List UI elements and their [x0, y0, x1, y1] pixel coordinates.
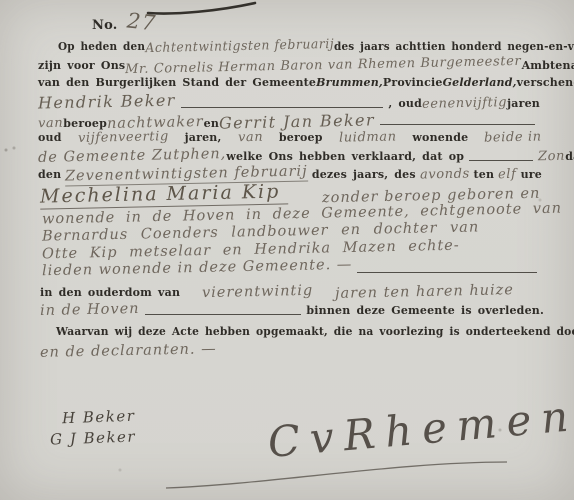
line-declarants-note: en de declaranten. —: [40, 343, 260, 360]
printed-text: Waarvan wij deze Acte hebben opgemaakt, …: [56, 325, 574, 338]
printed-text: Ambtenaar: [522, 59, 574, 72]
act-number-line: No. 27: [92, 10, 172, 27]
line-declarants-residence: de Gemeente Zutphen, welke Ons hebben ve…: [38, 148, 542, 165]
signature-flourish: [162, 448, 512, 492]
line-death-datetime: den Zevenentwintigsten februarij dezes j…: [38, 166, 542, 183]
handwritten-declarant1-age: eenenvijftig: [422, 95, 507, 112]
handwritten-text: jaren ten haren huize: [335, 282, 514, 302]
handwritten-text: en de declaranten. —: [40, 341, 217, 361]
printed-text: Op heden den: [58, 40, 145, 53]
line-authority: van den Burgerlijken Stand der Gemeente …: [38, 76, 542, 93]
line-closing-clause: Waarvan wij deze Acte hebben opgemaakt, …: [56, 325, 529, 342]
printed-municipality-name: Brummen,: [316, 76, 383, 89]
blank-rule: [357, 272, 537, 273]
blank-rule: [469, 160, 533, 161]
printed-text: ure: [521, 168, 542, 181]
printed-text: zijn voor Ons: [38, 59, 125, 72]
printed-text: ten: [474, 168, 495, 181]
handwritten-residence: de Gemeente Zutphen,: [38, 146, 227, 166]
handwritten-declarant2-occupation: luidman: [339, 129, 397, 145]
printed-text: Provincie: [383, 76, 443, 89]
handwritten-registrar-name: Mr. Cornelis Herman Baron van Rhemen Bur…: [125, 54, 521, 77]
line-parents: Otte Kip metselaar en Hendrika Mazen ech…: [42, 242, 514, 259]
handwritten-text: beide in: [484, 129, 542, 145]
line-parents-residence: lieden wonende in deze Gemeente. —: [42, 260, 542, 277]
printed-province-name: Gelderland,: [443, 76, 517, 89]
printed-text: binnen deze Gemeente is overleden.: [306, 304, 544, 317]
handwritten-text: van: [38, 116, 64, 132]
printed-text: dezes jaars, des: [312, 168, 416, 181]
printed-text: dag: [565, 150, 574, 163]
handwritten-time-of-day: avonds: [420, 166, 470, 182]
handwritten-age-at-death: vierentwintig: [202, 283, 314, 301]
act-number-label: No.: [92, 18, 117, 33]
printed-text: beroep: [279, 131, 323, 144]
printed-text: , oud: [388, 97, 422, 110]
line-registrar: zijn voor Ons Mr. Cornelis Herman Baron …: [38, 58, 542, 75]
printed-text: jaren: [507, 97, 540, 110]
blank-rule: [145, 314, 302, 315]
blank-rule: [181, 107, 384, 108]
printed-text: jaren,: [185, 131, 222, 144]
handwritten-declarant1-name: Hendrik Beker: [38, 91, 176, 113]
printed-text: verschenen:: [517, 76, 574, 89]
signature-declarant-2: G J Beker: [50, 428, 137, 449]
blank-rule: [380, 124, 535, 125]
handwritten-text: van: [237, 130, 263, 146]
line-place-of-death: in de Hoven binnen deze Gemeente is over…: [40, 302, 544, 319]
handwritten-place-of-death: in de Hoven: [40, 301, 140, 319]
handwritten-weekday: Zon: [538, 149, 565, 165]
line-declarant-1: Hendrik Beker , oud eenenvijftig jaren: [38, 92, 540, 112]
printed-text: welke Ons hebben verklaard, dat op: [226, 150, 464, 163]
act-number-value: 27: [126, 9, 158, 36]
line-declarant-2: van beroep nachtwaker en Gerrit Jan Beke…: [38, 112, 540, 129]
printed-text: wonende: [412, 131, 468, 144]
handwritten-declarant2-age: vijfenveertig: [78, 129, 169, 146]
printed-text: van den Burgerlijken Stand der Gemeente: [38, 76, 316, 89]
printed-text: des jaars achttien honderd negen-en-vijf…: [334, 40, 574, 53]
handwritten-hour: elf: [498, 167, 517, 182]
line-age-at-death: in den ouderdom van vierentwintig jaren …: [40, 284, 514, 301]
signature-declarant-1: H Beker: [62, 407, 136, 428]
printed-text: den: [38, 168, 61, 181]
handwritten-act-date: Achtentwintigsten februarij: [145, 37, 334, 56]
line-declarant-2-details: oud vijfenveertig jaren, van beroep luid…: [38, 130, 542, 147]
printed-text: oud: [38, 131, 62, 144]
death-certificate-document: No. 27 Op heden den Achtentwintigsten fe…: [0, 0, 574, 500]
printed-text: en: [204, 117, 219, 130]
handwritten-text: lieden wonende in deze Gemeente. —: [42, 257, 353, 279]
printed-text: beroep: [63, 117, 107, 130]
line-date-opening: Op heden den Achtentwintigsten februarij…: [58, 39, 518, 56]
printed-text: in den ouderdom van: [40, 286, 180, 299]
